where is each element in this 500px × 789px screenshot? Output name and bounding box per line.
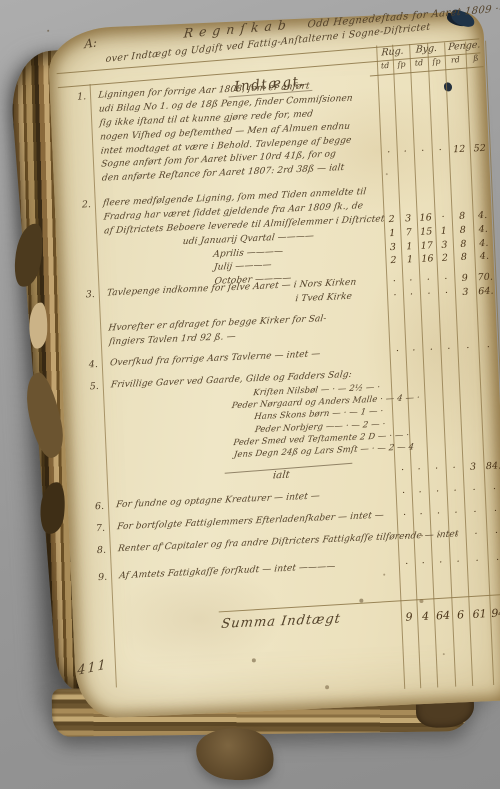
amount-cell: 84.: [483, 459, 500, 474]
amount-cell: ·: [440, 342, 458, 357]
amount-cell: ·: [432, 144, 450, 159]
amount-cell: 2: [436, 252, 454, 267]
amount-cell: 9: [401, 608, 418, 627]
ledger-entry: 1.Ligningen for forrige Aar 1808, ſom er…: [50, 73, 490, 189]
entry-text: Af Amtets Fattigkaſſe forſkudt — intet —…: [118, 561, 336, 584]
amount-cell: 2: [383, 212, 400, 227]
amount-cell: 16: [418, 253, 437, 268]
amount-cell: ·: [484, 482, 500, 497]
amount-cell: 3: [455, 285, 477, 300]
entry-line: Af Amtets Fattigkaſſe forſkudt — intet —…: [71, 553, 500, 586]
amount-cell: 3: [399, 212, 417, 227]
torn-edge: [29, 302, 48, 348]
amount-cell: ·: [486, 526, 500, 541]
amount-cell: ·: [394, 463, 411, 478]
amount-cell: 12: [449, 143, 471, 158]
amount-cell: ·: [397, 530, 414, 545]
amount-cell: 15: [417, 225, 436, 240]
amount-cell: 16: [416, 211, 435, 226]
amount-cell: ·: [397, 145, 415, 160]
amount-cell: ·: [403, 288, 421, 303]
amount-cell: ·: [438, 286, 456, 301]
amount-cell: 4.: [472, 208, 493, 223]
torn-edge: [38, 481, 67, 535]
amount-cell: ·: [432, 556, 451, 571]
amount-cell: ·: [405, 344, 423, 359]
amount-cell: ·: [399, 557, 416, 572]
amount-cell: 1: [384, 226, 401, 241]
ledger-entry: 5.Frivillige Gaver ved Gaarde, Gilde og …: [63, 362, 500, 491]
amount-cell: ·: [420, 287, 439, 302]
amount-cell: ·: [463, 483, 485, 498]
amount-cell: ·: [427, 462, 446, 477]
amount-cell: 8: [452, 223, 474, 238]
amount-cell: ·: [466, 554, 488, 569]
amount-cell: ·: [413, 530, 431, 545]
entry-text: For bortſolgte Fattiglemmers Efterladenſ…: [116, 510, 384, 536]
amount-cell: ·: [447, 506, 465, 521]
amount-cell: ·: [381, 146, 398, 161]
amount-cell: 1: [401, 253, 419, 268]
amount-cell: ·: [430, 529, 449, 544]
amount-cell: 3: [462, 460, 484, 475]
amount-cell: ·: [487, 553, 500, 568]
amount-cell: ·: [415, 557, 433, 572]
entry-text: For fundne og optagne Kreaturer — intet …: [115, 490, 320, 513]
amount-cell: 70.: [475, 271, 496, 286]
entry-text: i Tved Kirke: [294, 291, 352, 307]
amount-cell: ·: [445, 461, 463, 476]
torn-edge: [11, 221, 47, 288]
amount-cell: ·: [464, 505, 486, 520]
amount-cell: ·: [457, 341, 479, 356]
amount-cell: 4.: [474, 236, 495, 251]
amount-cell: ·: [449, 555, 467, 570]
amount-cell: ·: [437, 272, 455, 287]
entry-text: Overſkud fra forrige Aars Tavlerne — int…: [109, 348, 321, 371]
amount-cell: ·: [396, 508, 413, 523]
amount-cell: ·: [478, 340, 499, 355]
amount-cell: ·: [395, 486, 412, 501]
amount-cell: 1: [401, 239, 419, 254]
amount-cell: 8: [451, 209, 473, 224]
amount-cell: 4.: [473, 222, 494, 237]
amount-cell: ·: [389, 345, 406, 360]
amount-cell: ·: [412, 508, 430, 523]
amount-cell: 6: [452, 606, 470, 625]
amount-cell: ·: [414, 145, 433, 160]
amount-cell: 9: [454, 271, 476, 286]
amount-cell: ·: [485, 504, 500, 519]
amount-cell: 3: [436, 238, 454, 253]
amount-cell: ·: [386, 275, 403, 290]
photograph-of-ledger: A: Regnſkab Odd Hegnedeſtads for Aaret 1…: [0, 0, 500, 789]
amount-cell: 17: [418, 239, 437, 254]
entry-text: ialt: [272, 468, 290, 483]
amount-cell: 64: [434, 607, 453, 626]
amount-cell: 94.: [490, 604, 500, 623]
amount-cell: 2: [385, 254, 402, 269]
amount-cell: ·: [429, 507, 448, 522]
amount-cell: ·: [419, 273, 438, 288]
amount-cell: 1: [435, 224, 453, 239]
ledger-entry: 9.Af Amtets Fattigkaſſe forſkudt — intet…: [71, 553, 500, 586]
amount-cell: 8: [453, 251, 475, 266]
amount-cell: ·: [448, 528, 466, 543]
amount-cell: ·: [446, 484, 464, 499]
amount-cell: 52: [469, 142, 490, 157]
amount-cell: ·: [465, 527, 487, 542]
amount-cell: 64.: [476, 284, 497, 299]
amount-cell: ·: [428, 485, 447, 500]
amount-cell: 8: [453, 237, 475, 252]
amount-cell: ·: [410, 462, 428, 477]
amount-cell: 3: [385, 240, 402, 255]
amount-cell: 4.: [474, 250, 495, 265]
amount-cell: ·: [402, 274, 420, 289]
amount-cell: 61: [469, 605, 491, 624]
amount-cell: ·: [411, 486, 429, 501]
amount-cell: ·: [434, 210, 452, 225]
amount-cell: ·: [422, 343, 441, 358]
amount-cell: 4: [417, 608, 435, 627]
ledger-page: A: Regnſkab Odd Hegnedeſtads for Aaret 1…: [47, 11, 500, 719]
amount-cell: 7: [400, 226, 418, 241]
amount-cell: ·: [387, 288, 404, 303]
